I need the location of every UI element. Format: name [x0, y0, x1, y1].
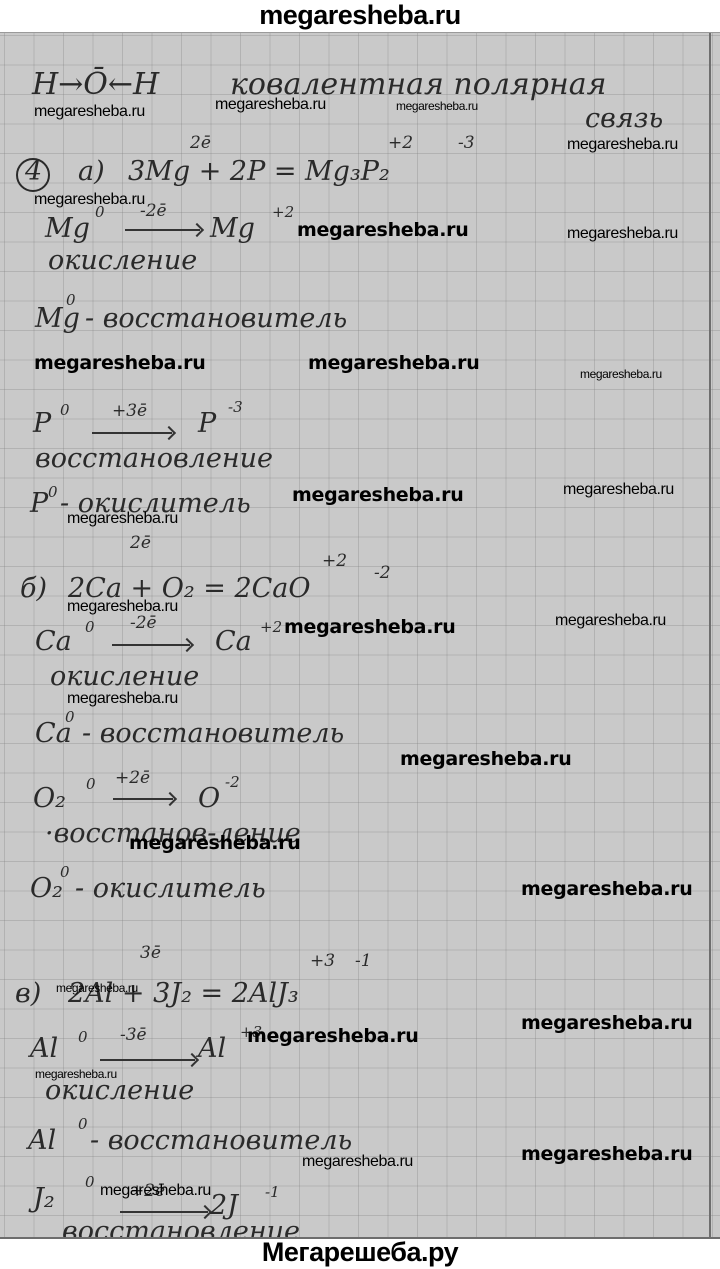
- half-b1-left-ox: 0: [85, 618, 95, 636]
- arrow-icon: [125, 229, 200, 231]
- watermark: megaresheba.ru: [555, 612, 666, 630]
- watermark: megaresheba.ru: [302, 1153, 413, 1171]
- arrow-icon: [112, 644, 190, 646]
- half-c2-left-ox: 0: [85, 1173, 95, 1191]
- half-c1-over: -3ē: [120, 1025, 147, 1045]
- half-a1-left: Mg: [45, 213, 90, 244]
- role-b2-ox: 0: [60, 863, 70, 881]
- watermark: megaresheba.ru: [34, 191, 145, 209]
- watermark: megaresheba.ru: [297, 219, 468, 241]
- watermark: megaresheba.ru: [247, 1025, 418, 1047]
- watermark: megaresheba.ru: [580, 367, 662, 381]
- half-a2-process: восстановление: [35, 443, 273, 474]
- role-a2-ox: 0: [48, 483, 58, 501]
- watermark: megaresheba.ru: [56, 981, 138, 995]
- role-c1-text: - восстановитель: [90, 1125, 352, 1156]
- half-b1-left: Ca: [35, 626, 72, 657]
- site-footer-brand[interactable]: Мегарешеба.ру: [0, 1236, 720, 1269]
- electron-transfer-c: 3ē: [140, 943, 161, 963]
- electron-transfer-a: 2ē: [190, 133, 211, 153]
- half-b2-left: O₂: [33, 783, 66, 814]
- equation-a: 3Mg + 2P = Mg₃P₂: [128, 156, 390, 187]
- half-c1-left-ox: 0: [78, 1028, 88, 1046]
- role-b1-text: - восстановитель: [82, 718, 344, 749]
- water-structure-formula: H→Ō←H: [32, 67, 159, 102]
- watermark: megaresheba.ru: [521, 878, 692, 900]
- half-a2-right: P: [198, 408, 216, 439]
- watermark: megaresheba.ru: [67, 598, 178, 616]
- electron-transfer-b: 2ē: [130, 533, 151, 553]
- watermark: megaresheba.ru: [34, 352, 205, 374]
- arrow-icon: [113, 798, 173, 800]
- ox-state-al-right: +3: [310, 951, 335, 971]
- watermark: megaresheba.ru: [129, 832, 300, 854]
- arrow-icon: [120, 1211, 208, 1213]
- half-c1-right: Al: [198, 1033, 226, 1064]
- watermark: megaresheba.ru: [521, 1143, 692, 1165]
- half-a2-over: +3ē: [112, 401, 147, 421]
- half-a2-left-ox: 0: [60, 401, 70, 419]
- ox-state-p-right: -3: [458, 133, 475, 153]
- ox-state-ca-right: +2: [322, 551, 347, 571]
- ox-state-mg-right: +2: [388, 133, 413, 153]
- watermark: megaresheba.ru: [308, 352, 479, 374]
- part-c-label: в): [15, 978, 41, 1009]
- bond-type-text-2: связь: [585, 103, 663, 134]
- ox-state-j-right: -1: [355, 951, 372, 971]
- watermark: megaresheba.ru: [35, 1067, 117, 1081]
- arrow-icon: [100, 1059, 195, 1061]
- margin-line: [709, 33, 711, 1237]
- watermark: megaresheba.ru: [67, 510, 178, 528]
- watermark: megaresheba.ru: [567, 136, 678, 154]
- watermark: megaresheba.ru: [521, 1012, 692, 1034]
- watermark: megaresheba.ru: [100, 1182, 211, 1200]
- part-a-label: а): [78, 156, 105, 187]
- half-b2-right: O: [198, 783, 220, 814]
- role-a1-ox: 0: [66, 291, 76, 309]
- half-a1-right: Mg: [210, 213, 255, 244]
- watermark: megaresheba.ru: [396, 99, 478, 113]
- part-b-label: б): [20, 573, 47, 604]
- half-a1-right-ox: +2: [272, 203, 294, 221]
- role-c1-ox: 0: [78, 1115, 88, 1133]
- arrow-icon: [92, 432, 172, 434]
- role-b2-text: - окислитель: [75, 873, 266, 904]
- watermark: megaresheba.ru: [400, 748, 571, 770]
- watermark: megaresheba.ru: [67, 690, 178, 708]
- half-c1-left: Al: [30, 1033, 58, 1064]
- half-b2-right-ox: -2: [225, 773, 240, 791]
- half-c2-left: J₂: [33, 1183, 55, 1214]
- half-a1-process: окисление: [48, 245, 197, 276]
- watermark: megaresheba.ru: [563, 481, 674, 499]
- watermark: megaresheba.ru: [292, 484, 463, 506]
- half-c2-right-ox: -1: [265, 1183, 280, 1201]
- role-c1-species: Al: [28, 1125, 56, 1156]
- half-b1-over: -2ē: [130, 613, 157, 633]
- half-a2-right-ox: -3: [228, 398, 243, 416]
- half-b2-over: +2ē: [115, 768, 150, 788]
- half-b1-process: окисление: [50, 661, 199, 692]
- half-b1-right-ox: +2: [260, 618, 282, 636]
- watermark: megaresheba.ru: [567, 225, 678, 243]
- task-number: 4: [25, 156, 42, 187]
- role-a2-species: P: [30, 488, 48, 519]
- half-a2-left: P: [33, 408, 51, 439]
- watermark: megaresheba.ru: [215, 96, 326, 114]
- half-b1-right: Ca: [215, 626, 252, 657]
- role-a1-text: - восстановитель: [85, 303, 347, 334]
- role-b2-species: O₂: [30, 873, 63, 904]
- role-b1-ox: 0: [65, 708, 75, 726]
- ox-state-o-right: -2: [374, 563, 391, 583]
- site-header-brand[interactable]: megaresheba.ru: [0, 0, 720, 32]
- half-b2-left-ox: 0: [86, 775, 96, 793]
- watermark: megaresheba.ru: [34, 103, 145, 121]
- watermark: megaresheba.ru: [284, 616, 455, 638]
